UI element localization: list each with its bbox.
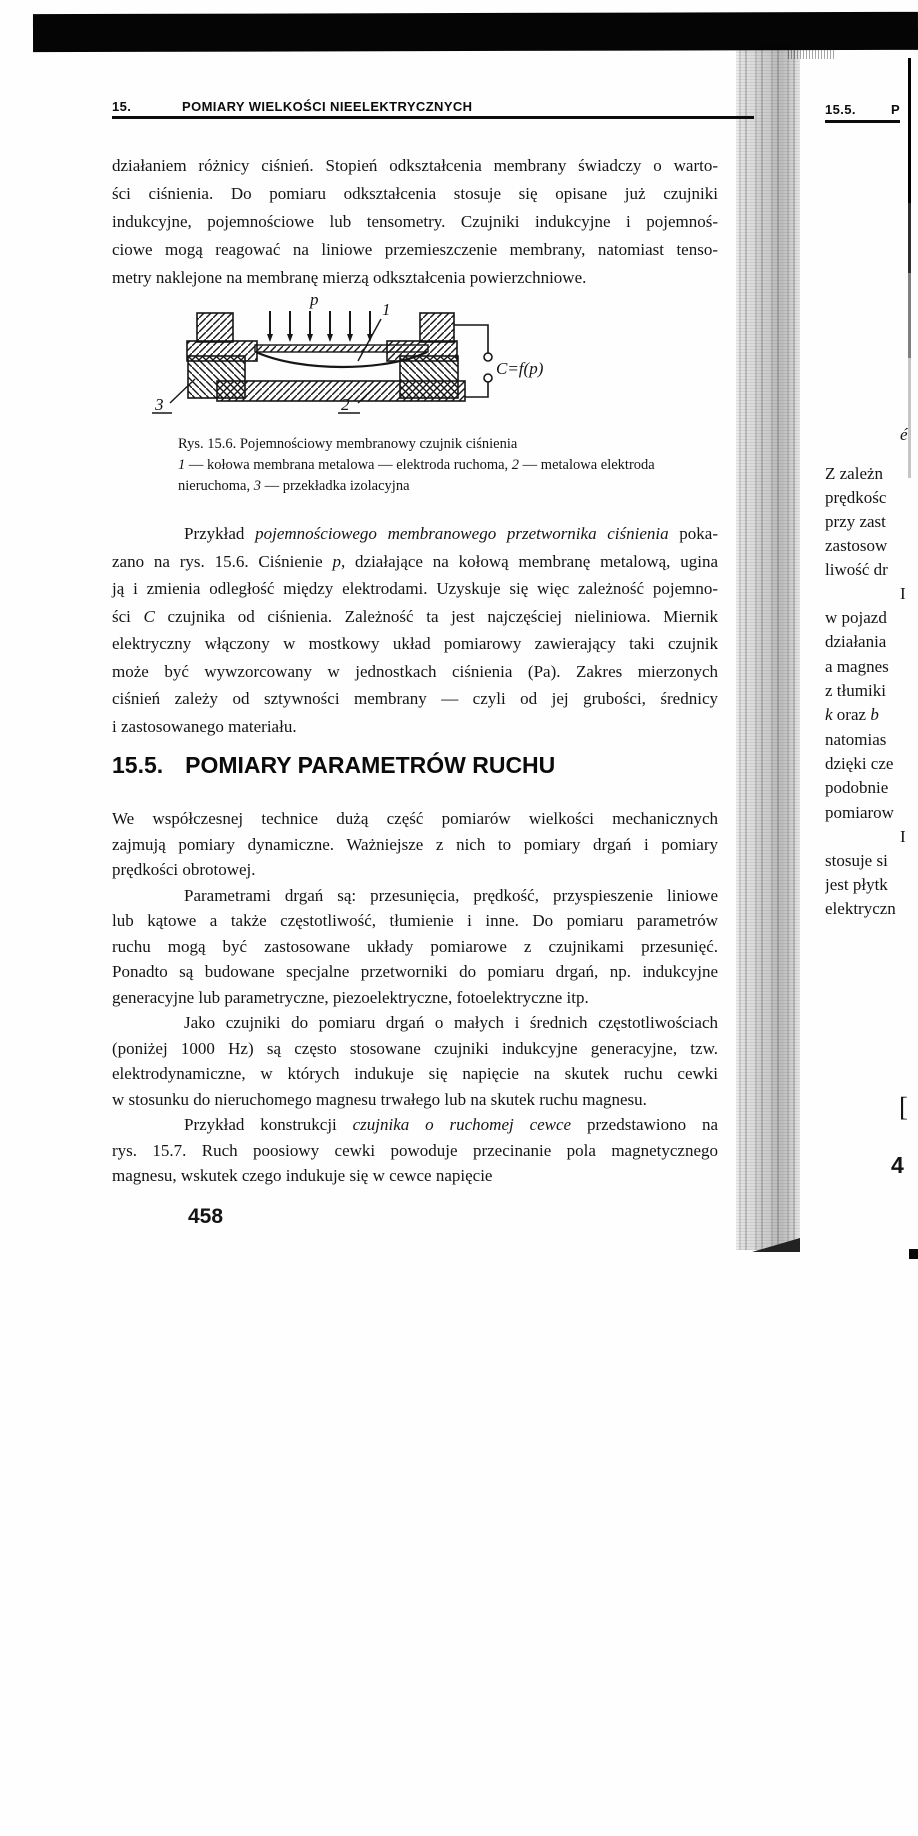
chapter-number: 15. [112,99,131,114]
facing-page-text-fragment: elektryczn [825,898,918,922]
facing-equation-bracket-fragment: [ [899,1092,908,1123]
text-line: i zastosowanego materiału. [112,713,718,741]
text-line: Jako czujniki do pomiaru drgań o małych … [112,1010,718,1036]
facing-page-text-fragment: I [825,583,918,607]
running-header-title: POMIARY WIELKOŚCI NIEELEKTRYCZNYCH [182,99,472,114]
lower-text-block: We współczesnej technice dużą część pomi… [112,806,718,1189]
facing-page-text-fragment: działania [825,631,918,655]
text-line: zajmują pomiary dynamiczne. Ważniejsze z… [112,832,718,858]
text-line: Przykład konstrukcji czujnika o ruchomej… [112,1112,718,1138]
facing-page-text-fragment: I [825,826,918,850]
facing-header-title-fragment: P [891,102,900,117]
left-clamp-flange [187,341,257,361]
text-line: Parametrami drgań są: przesunięcia, pręd… [112,883,718,909]
facing-page-text-fragment: dzięki cze [825,753,918,777]
top-terminal [484,353,492,361]
facing-header-rule [825,120,900,123]
text-line: może być wywzorcowany w jednostkach ciśn… [112,658,718,686]
text-line: ją i zmienia odległość między elektrodam… [112,575,718,603]
text-line: prędkości obrotowej. [112,857,718,883]
spacer-number-label: 3 [154,395,164,414]
text-line: generacyjne lub parametryczne, piezoelek… [112,985,718,1011]
pressure-arrows [270,311,370,335]
figure-caption: Rys. 15.6. Pojemnościowy membranowy czuj… [178,434,738,497]
facing-page-number-fragment: 4 [891,1152,904,1179]
paragraph-vibration-params: Parametrami drgań są: przesunięcia, pręd… [112,883,718,1011]
facing-page-text-fragment: Z zależn [825,463,918,487]
bottom-terminal [484,374,492,382]
text-line: rys. 15.7. Ruch poosiowy cewki powoduje … [112,1138,718,1164]
facing-page-text-fragment: przy zast [825,511,918,535]
text-line: magnesu, wskutek czego indukuje się w ce… [112,1163,718,1189]
facing-page-text-fragment: k oraz b [825,704,918,728]
paragraph-intro: działaniem różnicy ciśnień. Stopień odks… [112,152,718,292]
text-line: ruchu mogą być zastosowane układy pomiar… [112,934,718,960]
text-line: 1 — kołowa membrana metalowa — elektroda… [178,455,738,476]
text-line: zano na rys. 15.6. Ciśnienie p, działają… [112,548,718,576]
text-line: indukcyjne, pojemnościowe lub tensometry… [112,208,718,236]
text-line: elektrodynamiczne, w których indukuje si… [112,1061,718,1087]
capacitance-output-label: C=f(p) [496,359,544,378]
text-line: elektryczny włączony w mostkowy układ po… [112,630,718,658]
sensor-cross-section-drawing: p 1 3 2 C=f(p) [150,283,550,423]
text-line: Rys. 15.6. Pojemnościowy membranowy czuj… [178,434,738,455]
facing-page-text-fragment: zastosow [825,535,918,559]
top-terminal-wire [454,325,488,353]
membrane-number-label: 1 [382,300,391,319]
paragraph-example: Przykład pojemnościowego membranowego pr… [112,520,718,740]
right-clamp-stem [420,313,454,342]
facing-page-text-fragment: jest płytk [825,874,918,898]
text-line: Ponadto są budowane specjalne przetworni… [112,959,718,985]
section-title: POMIARY PARAMETRÓW RUCHU [185,752,555,778]
pressure-arrowheads [267,334,373,342]
facing-page-text-fragment: prędkośc [825,487,918,511]
figure-capacitive-membrane-sensor: p 1 3 2 C=f(p) [150,283,550,428]
text-line: w stosunku do nieruchomego magnesu trwał… [112,1087,718,1113]
facing-page-text-fragment: z tłumiki [825,680,918,704]
paragraph-section-intro: We współczesnej technice dużą część pomi… [112,806,718,883]
text-line: (poniżej 1000 Hz) są często stosowane cz… [112,1036,718,1062]
facing-page-text-fragment: stosuje si [825,850,918,874]
book-gutter-shadow [736,46,800,1250]
section-number: 15.5. [112,752,163,778]
facing-page-text-fragment: liwość dr [825,559,918,583]
facing-page-text-fragment: w pojazd [825,607,918,631]
membrane-strip [255,345,428,352]
facing-page-text-fragment: podobnie [825,777,918,801]
text-line: ciowe mogą reagować na liniowe przemiesz… [112,236,718,264]
electrode-number-label: 2 [341,395,350,414]
facing-page-text-fragment: natomias [825,729,918,753]
paragraph-moving-coil: Przykład konstrukcji czujnika o ruchomej… [112,1112,718,1189]
text-line: nieruchoma, 3 — przekładka izolacyjna [178,476,738,497]
text-line: We współczesnej technice dużą część pomi… [112,806,718,832]
header-rule [112,116,754,119]
facing-page-text-fragment: pomiarow [825,802,918,826]
facing-page-text-fragment: a magnes [825,656,918,680]
text-line: Przykład pojemnościowego membranowego pr… [112,520,718,548]
page-number: 458 [188,1205,223,1229]
facing-section-number: 15.5. [825,102,856,117]
scan-black-square-fragment [909,1249,918,1259]
bottom-terminal-wire [465,382,488,397]
text-line: ciśnień zależy od sztywności membrany — … [112,685,718,713]
text-line: ści C czujnika od ciśnienia. Zależność t… [112,603,718,631]
left-clamp-stem [197,313,233,342]
text-line: działaniem różnicy ciśnień. Stopień odks… [112,152,718,180]
facing-page-text-fragment: é [825,424,918,448]
facing-page-edge-line [908,58,911,478]
text-line: ści ciśnienia. Do pomiaru odkształcenia … [112,180,718,208]
section-heading: 15.5.POMIARY PARAMETRÓW RUCHU [112,752,555,779]
text-line: lub kątowe a także częstotliwość, tłumie… [112,908,718,934]
pressure-label: p [309,290,319,309]
paragraph-inductive-sensors: Jako czujniki do pomiaru drgań o małych … [112,1010,718,1112]
